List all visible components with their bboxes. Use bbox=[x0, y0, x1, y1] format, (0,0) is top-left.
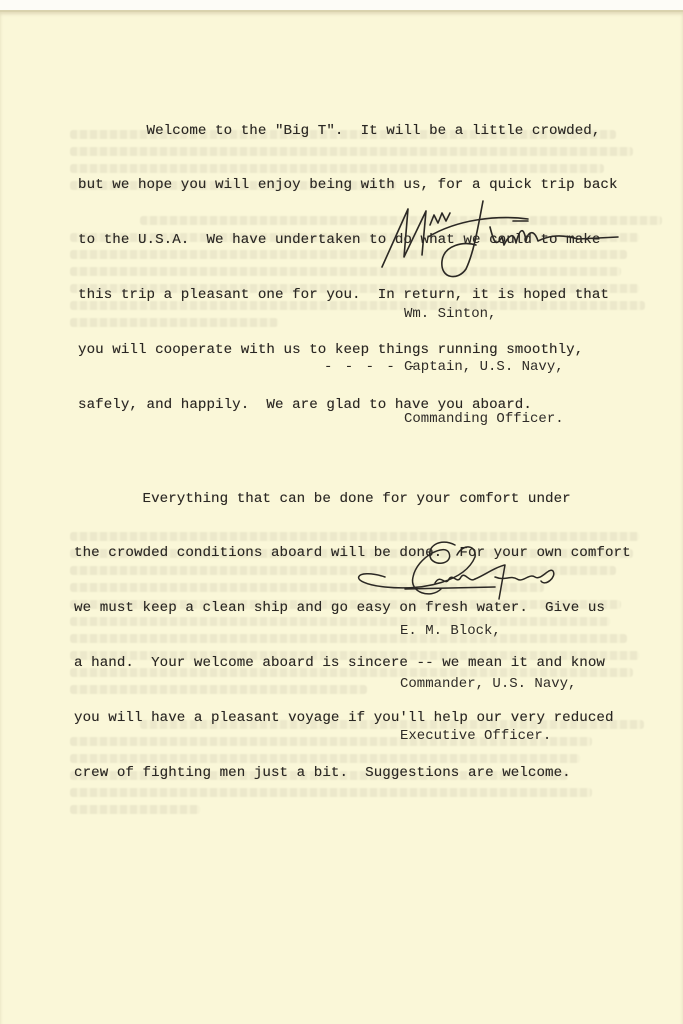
text-line: Welcome to the "Big T". It will be a lit… bbox=[78, 122, 618, 140]
signer-title: Commanding Officer. bbox=[404, 411, 564, 429]
commander-signature-block: E. M. Block, Commander, U.S. Navy, Execu… bbox=[400, 588, 576, 781]
scan-margin bbox=[0, 0, 683, 10]
signer-title: Executive Officer. bbox=[400, 728, 576, 746]
signer-name: E. M. Block, bbox=[400, 623, 576, 641]
signer-rank: Captain, U.S. Navy, bbox=[404, 359, 564, 377]
text-line: but we hope you will enjoy being with us… bbox=[78, 176, 618, 194]
signer-name: Wm. Sinton, bbox=[404, 306, 564, 324]
signer-rank: Commander, U.S. Navy, bbox=[400, 676, 576, 694]
captain-signature bbox=[378, 197, 628, 282]
letter-page: Welcome to the "Big T". It will be a lit… bbox=[0, 10, 683, 1024]
section-divider: - - - - - bbox=[324, 359, 418, 375]
text-line: Everything that can be done for your com… bbox=[74, 490, 631, 508]
captain-signature-block: Wm. Sinton, Captain, U.S. Navy, Commandi… bbox=[404, 271, 564, 464]
